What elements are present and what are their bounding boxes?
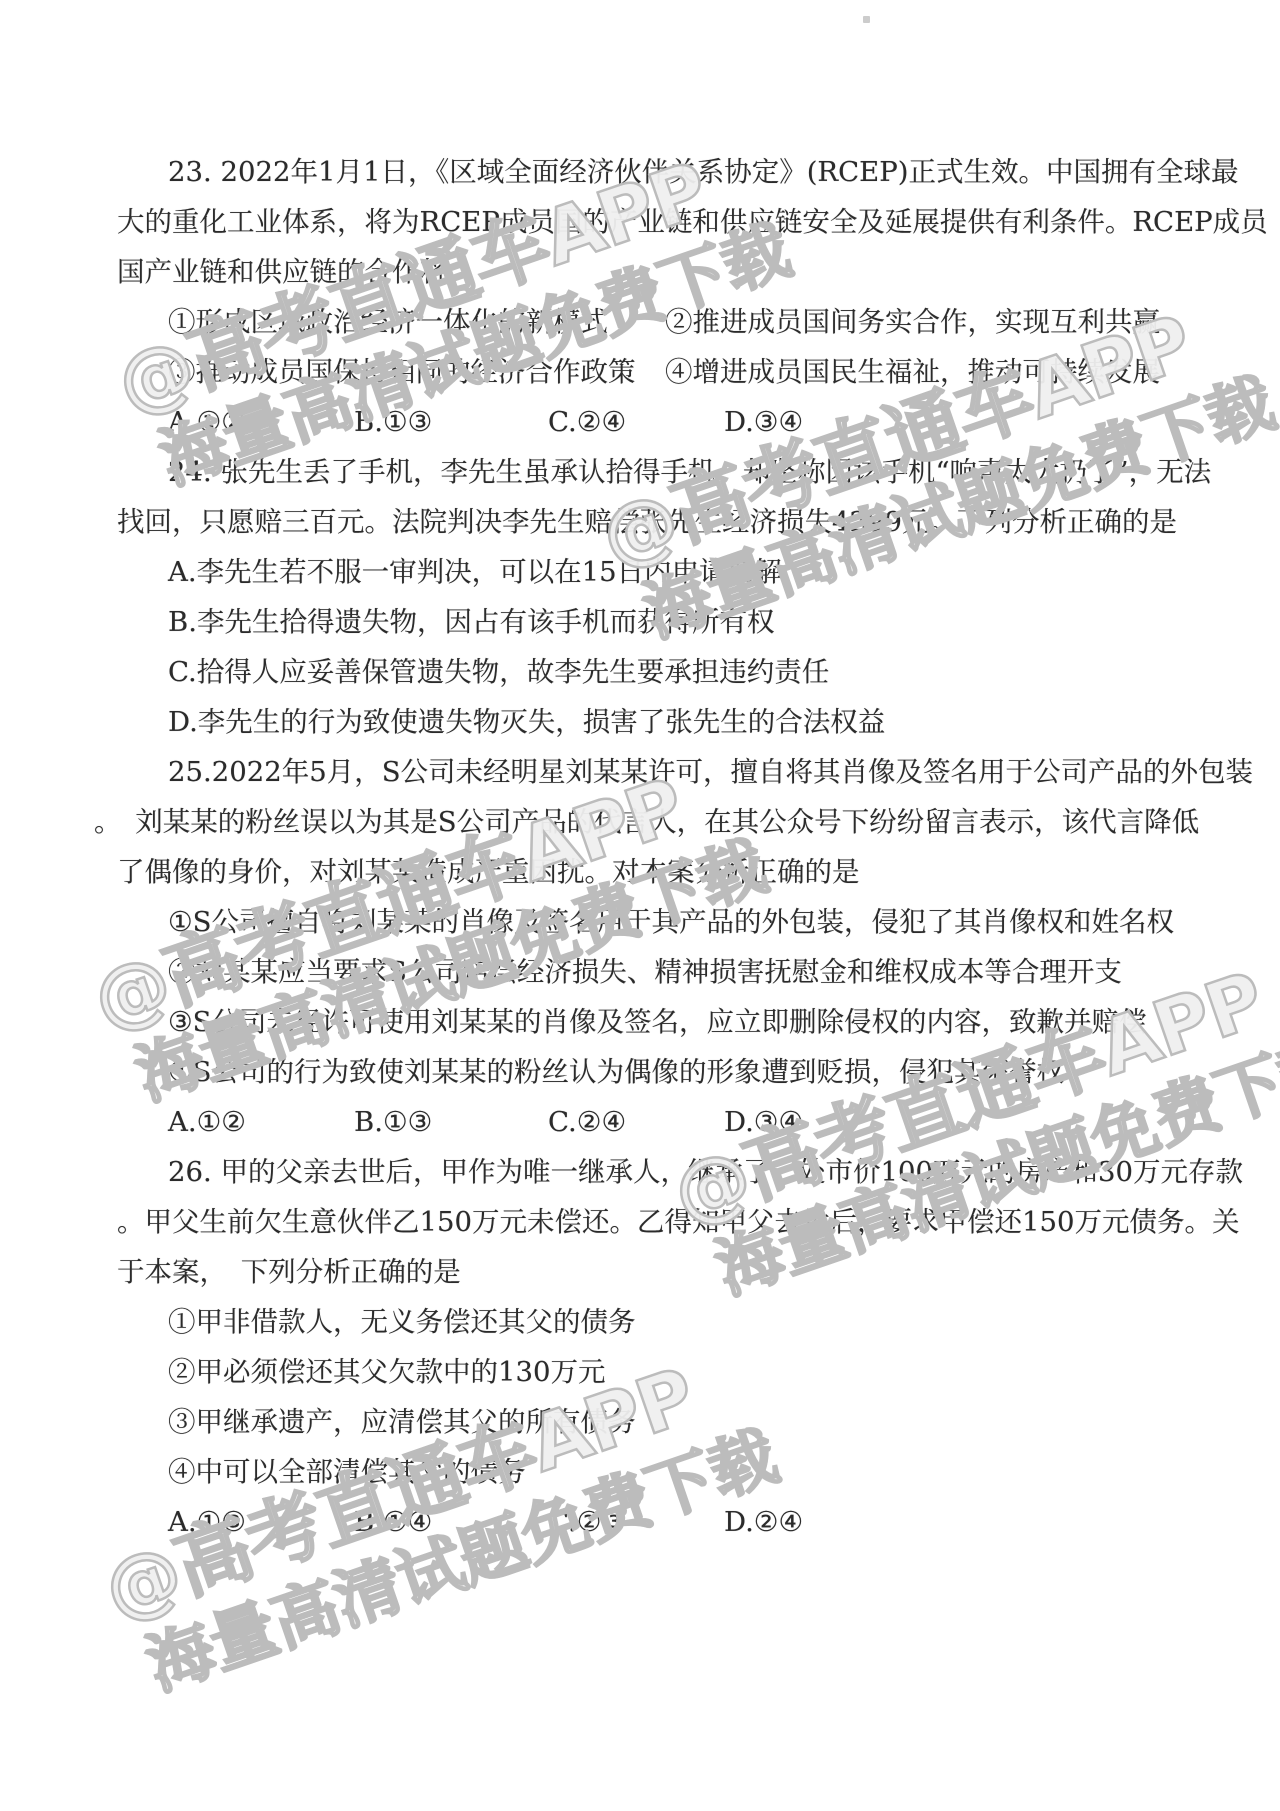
choice-option-line: C.拾得人应妥善保管遗失物，故李先生要承担违约责任 bbox=[168, 647, 1240, 697]
question-stem-line: 24. 张先生丢了手机，李先生虽承认拾得手机，却坚称因该手机“响声太大扔了”，无… bbox=[168, 447, 1240, 497]
question-stem-line: 26. 甲的父亲去世后，甲作为唯一继承人，继承了一处市价100万元的房产和30万… bbox=[168, 1147, 1240, 1197]
statement-item: ②推进成员国间务实合作，实现互利共赢 bbox=[665, 306, 1160, 338]
choice-option: D.③④ bbox=[724, 397, 803, 447]
choice-option: C.②④ bbox=[548, 1097, 724, 1147]
statement-item: ④增进成员国民生福祉，推动可持续发展 bbox=[665, 356, 1160, 388]
question-stem-line: 找回，只愿赔三百元。法院判决李先生赔偿张先生经济损失4299元。下列分析正确的是 bbox=[117, 497, 1240, 547]
statement-item-line: ③甲继承遗产，应清偿其父的所有债务 bbox=[168, 1397, 1240, 1447]
choice-option: A.①② bbox=[168, 397, 354, 447]
exam-content: 23. 2022年1月1日，《区域全面经济伙伴关系协定》(RCEP)正式生效。中… bbox=[0, 0, 1280, 1547]
answer-choices-row: A.①②B.①③C.②④D.③④ bbox=[168, 1097, 1240, 1147]
choice-option: D.②④ bbox=[724, 1497, 803, 1547]
question-24: 24. 张先生丢了手机，李先生虽承认拾得手机，却坚称因该手机“响声太大扔了”，无… bbox=[117, 447, 1240, 747]
question-stem-line: 。 刘某某的粉丝误以为其是S公司产品的代言人，在其公众号下纷纷留言表示，该代言降… bbox=[94, 797, 1240, 847]
statement-item-line: ①甲非借款人，无义务偿还其父的债务 bbox=[168, 1297, 1240, 1347]
choice-option: C.②④ bbox=[548, 397, 724, 447]
statement-item-line: ③S公司未经许可使用刘某某的肖像及签名，应立即删除侵权的内容，致歉并赔偿 bbox=[168, 997, 1240, 1047]
choice-option: A.①② bbox=[168, 1097, 354, 1147]
choice-option: A.①③ bbox=[168, 1497, 354, 1547]
question-26: 26. 甲的父亲去世后，甲作为唯一继承人，继承了一处市价100万元的房产和30万… bbox=[117, 1147, 1240, 1547]
question-stem-line: 23. 2022年1月1日，《区域全面经济伙伴关系协定》(RCEP)正式生效。中… bbox=[168, 147, 1240, 197]
scan-artifact-speck bbox=[863, 16, 870, 23]
statement-item-line: ④S公司的行为致使刘某某的粉丝认为偶像的形象遭到贬损，侵犯其荣誉权 bbox=[168, 1047, 1240, 1097]
numbered-statements-row: ①形成区域政治经济一体化的新模式②推进成员国间务实合作，实现互利共赢 bbox=[168, 297, 1240, 347]
choice-option: D.③④ bbox=[724, 1097, 803, 1147]
question-stem-line: 大的重化工业体系，将为RCEP成员国的产业链和供应链安全及延展提供有利条件。RC… bbox=[117, 197, 1240, 247]
choice-option-line: A.李先生若不服一审判决，可以在15日内申请调解 bbox=[168, 547, 1240, 597]
statement-item-line: ②甲必须偿还其父欠款中的130万元 bbox=[168, 1347, 1240, 1397]
numbered-statements-row: ③推动成员国保持相同的经济合作政策④增进成员国民生福祉，推动可持续发展 bbox=[168, 347, 1240, 397]
question-25: 25.2022年5月，S公司未经明星刘某某许可，擅自将其肖像及签名用于公司产品的… bbox=[117, 747, 1240, 1147]
choice-option: B.①④ bbox=[354, 1497, 548, 1547]
question-stem-line: 于本案， 下列分析正确的是 bbox=[117, 1247, 1240, 1297]
statement-item: ③推动成员国保持相同的经济合作政策 bbox=[168, 347, 665, 397]
question-stem-line: 了偶像的身价，对刘某某造成严重困扰。对本案分析正确的是 bbox=[117, 847, 1240, 897]
question-stem-line: 25.2022年5月，S公司未经明星刘某某许可，擅自将其肖像及签名用于公司产品的… bbox=[168, 747, 1240, 797]
answer-choices-row: A.①③B.①④C.②③D.②④ bbox=[168, 1497, 1240, 1547]
statement-item: ①形成区域政治经济一体化的新模式 bbox=[168, 297, 665, 347]
choice-option-line: D.李先生的行为致使遗失物灭失，损害了张先生的合法权益 bbox=[168, 697, 1240, 747]
choice-option: B.①③ bbox=[354, 1097, 548, 1147]
answer-choices-row: A.①②B.①③C.②④D.③④ bbox=[168, 397, 1240, 447]
choice-option: C.②③ bbox=[548, 1497, 724, 1547]
question-23: 23. 2022年1月1日，《区域全面经济伙伴关系协定》(RCEP)正式生效。中… bbox=[117, 147, 1240, 447]
choice-option-line: B.李先生拾得遗失物，因占有该手机而获得所有权 bbox=[168, 597, 1240, 647]
scanned-exam-page: 23. 2022年1月1日，《区域全面经济伙伴关系协定》(RCEP)正式生效。中… bbox=[0, 0, 1280, 1811]
statement-item-line: ②刘某某应当要求S公司赔偿经济损失、精神损害抚慰金和维权成本等合理开支 bbox=[168, 947, 1240, 997]
statement-item-line: ④中可以全部清偿其父的债务 bbox=[168, 1447, 1240, 1497]
choice-option: B.①③ bbox=[354, 397, 548, 447]
question-stem-line: 国产业链和供应链的合作将 bbox=[117, 247, 1240, 297]
statement-item-line: ①S公司擅自将刘某某的肖像及签名用于其产品的外包装，侵犯了其肖像权和姓名权 bbox=[168, 897, 1240, 947]
question-stem-line: 。甲父生前欠生意伙伴乙150万元未偿还。乙得知甲父去世后，要求甲偿还150万元债… bbox=[117, 1197, 1240, 1247]
